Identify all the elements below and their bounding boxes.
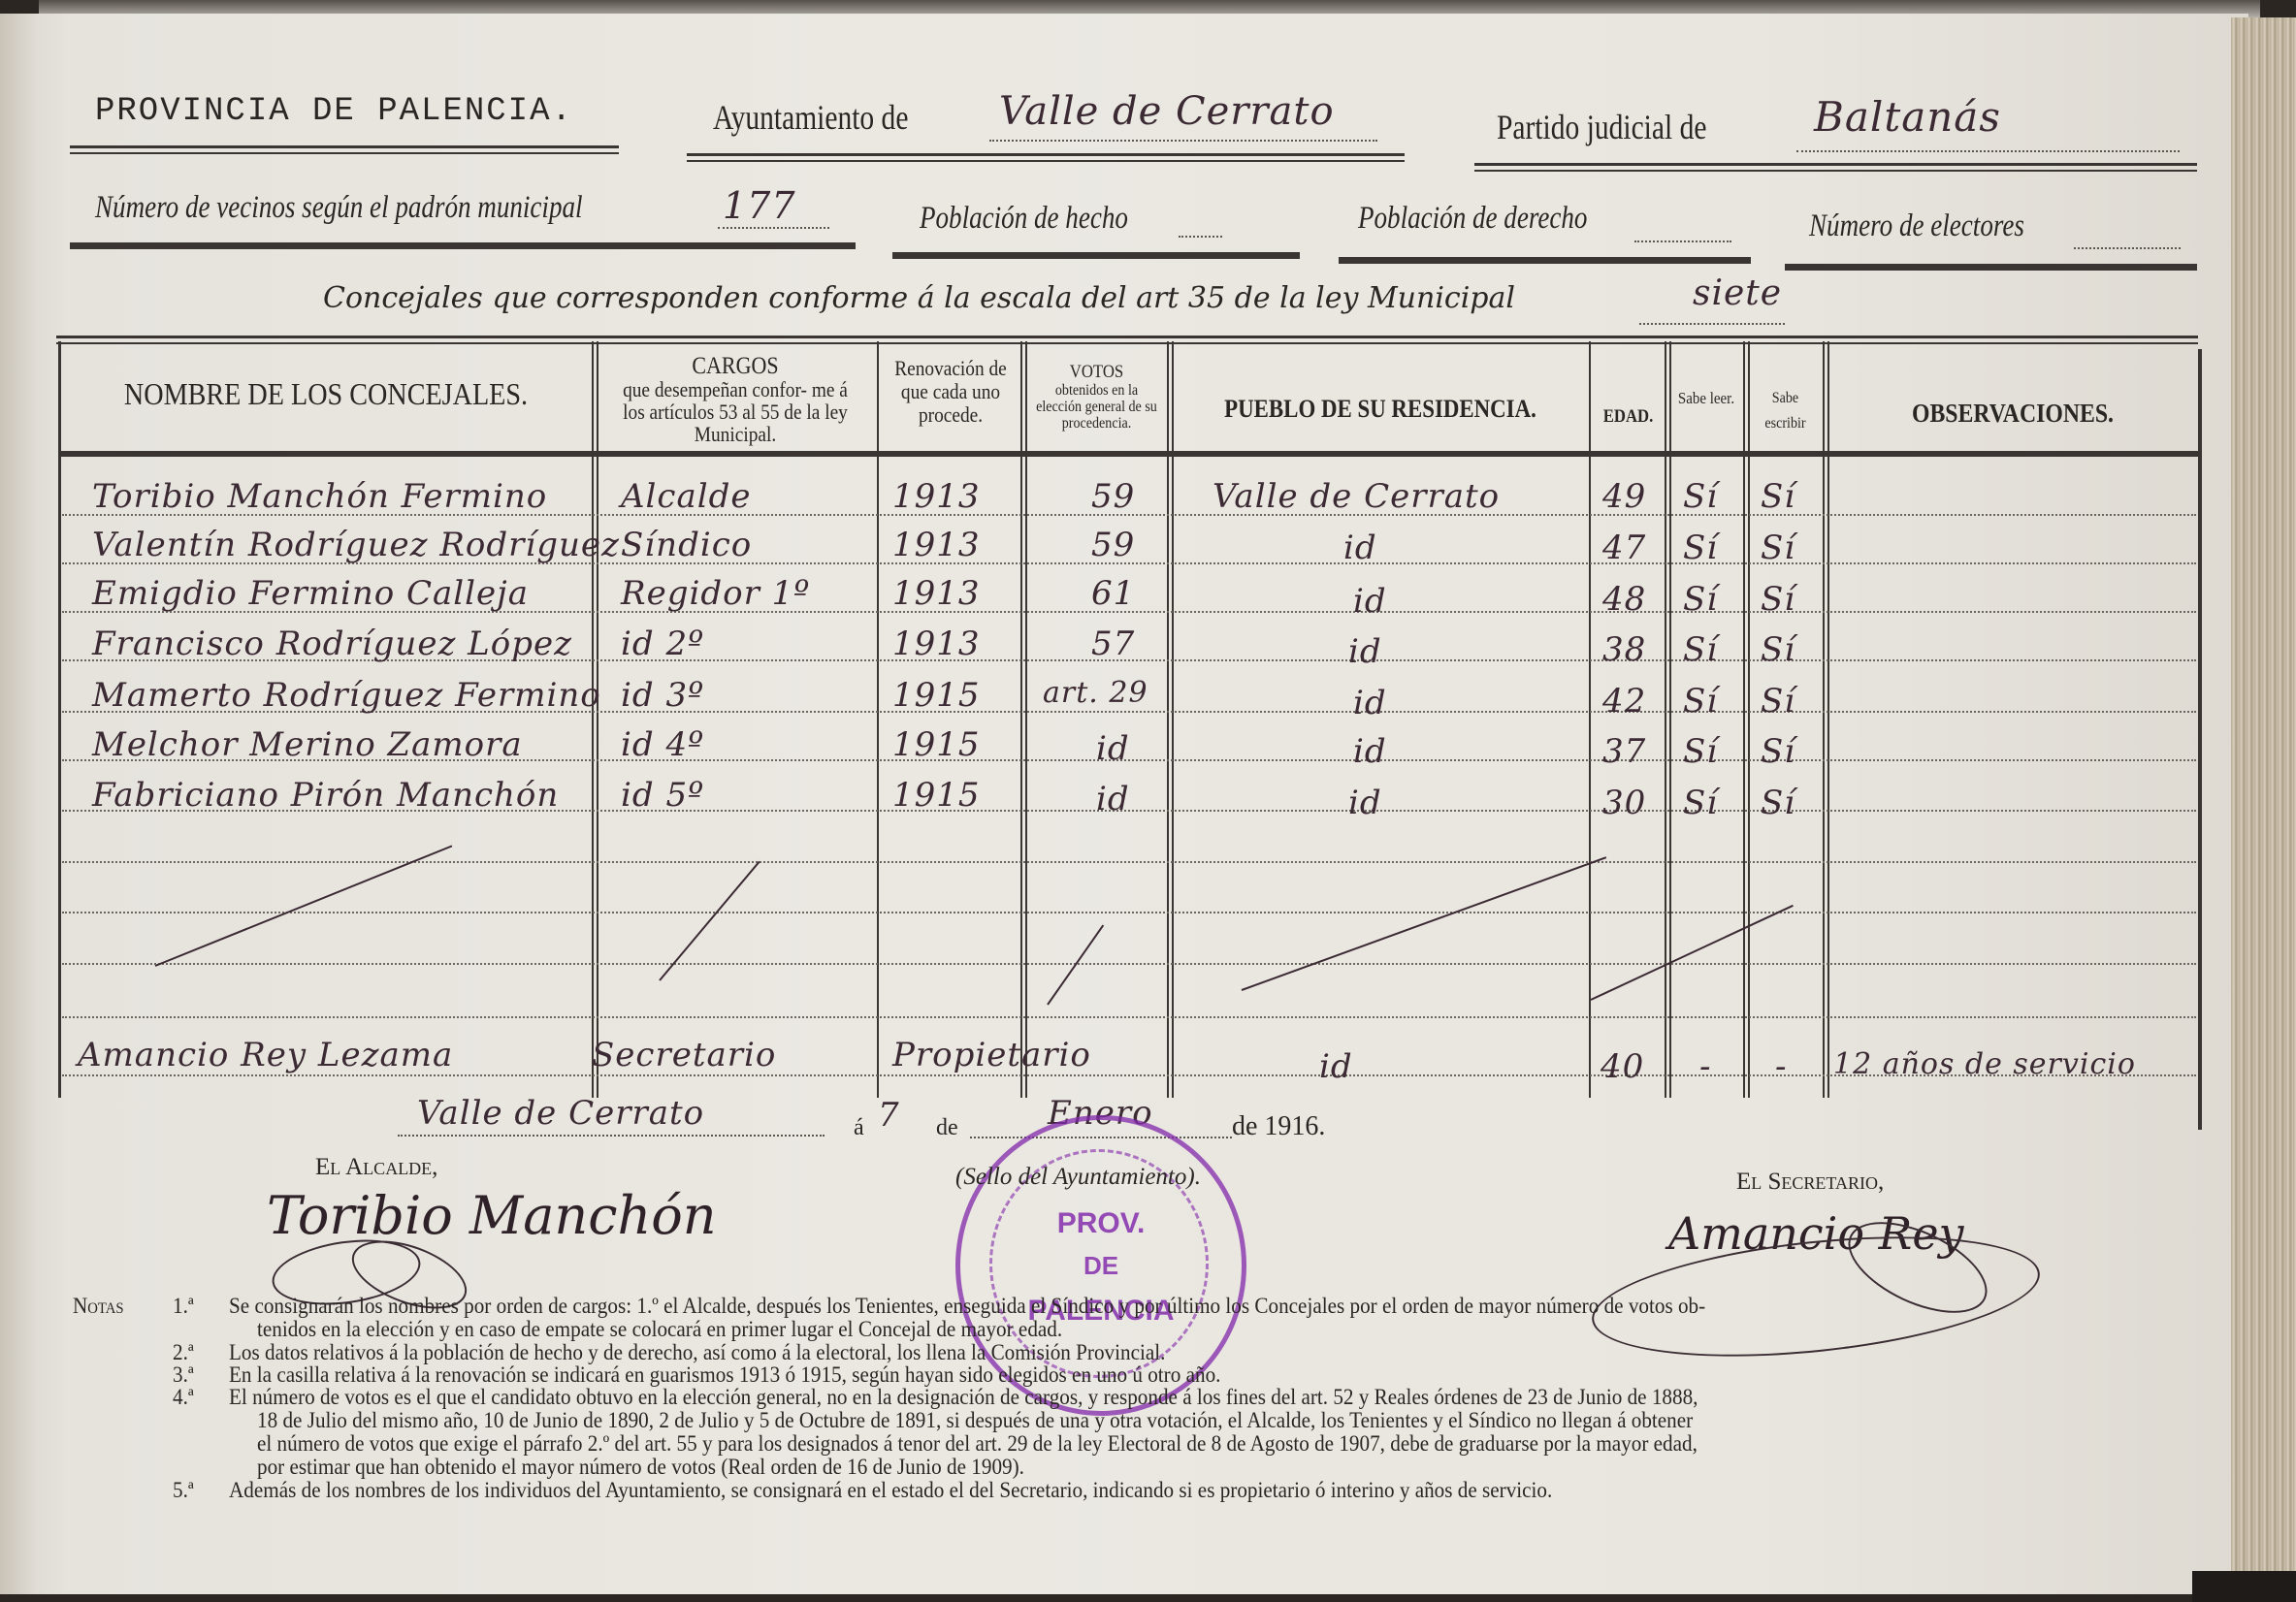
- header-rule: [687, 153, 1405, 162]
- cell-leer: Sí: [1683, 477, 1718, 516]
- book-page-edges: [2231, 17, 2296, 1602]
- cell-renovacion: 1913: [892, 477, 981, 516]
- page-gutter-shade: [0, 14, 39, 1594]
- secretario-label: El Secretario,: [1736, 1169, 1884, 1196]
- stamp-line1: PROV.: [960, 1207, 1242, 1240]
- stamp-line2: DE: [960, 1251, 1242, 1281]
- cell-escribir: Sí: [1761, 732, 1795, 771]
- cell-nombre: Francisco Rodríguez López: [92, 625, 572, 663]
- vecinos-value: 177: [723, 184, 796, 227]
- cell-nombre: Emigdio Fermino Calleja: [92, 574, 529, 613]
- poblacion-hecho-label: Población de hecho: [920, 201, 1128, 237]
- cell-votos: art. 29: [1043, 676, 1148, 710]
- ayuntamiento-dotted-line: [989, 140, 1377, 142]
- poblacion-derecho-label: Población de derecho: [1358, 201, 1587, 237]
- electores-field[interactable]: [2074, 247, 2181, 249]
- cell-leer: Sí: [1683, 630, 1718, 669]
- header-observaciones: OBSERVACIONES.: [1850, 402, 2176, 425]
- cell-edad: 49: [1602, 477, 1646, 516]
- cell-cargo: id 2º: [621, 625, 704, 663]
- alcalde-label: El Alcalde,: [315, 1154, 437, 1181]
- cell-votos: 59: [1091, 526, 1135, 564]
- cell-votos: 57: [1091, 625, 1135, 663]
- note-text: El número de votos es el que el candidat…: [229, 1385, 1698, 1410]
- cell-cargo: id 5º: [621, 776, 704, 815]
- cell-nombre: Valentín Rodríguez Rodríguez: [92, 526, 620, 564]
- cell-escribir: Sí: [1761, 529, 1795, 567]
- note-number: 5.ª: [173, 1478, 194, 1503]
- cell-cargo: Regidor 1º: [621, 574, 810, 613]
- cell-leer: Sí: [1683, 682, 1718, 721]
- cell-nombre: Toribio Manchón Fermino: [92, 477, 547, 516]
- cell-votos: 59: [1091, 477, 1135, 516]
- cell-pueblo: id: [1348, 784, 1382, 822]
- book-bottom-shadow: [2192, 1571, 2296, 1602]
- cell-edad: 30: [1602, 784, 1646, 822]
- header-votos-title: VOTOS: [1035, 361, 1159, 383]
- cell-pueblo: id: [1348, 632, 1382, 671]
- cell-pueblo: id: [1343, 529, 1377, 567]
- cell-cargo: id 3º: [621, 676, 704, 715]
- partido-dotted-line: [1796, 150, 2180, 152]
- header-cargos-sub: que desempeñan confor- me á los artículo…: [611, 378, 860, 445]
- cell-edad: 38: [1602, 630, 1646, 669]
- cell-renovacion: 1913: [892, 574, 981, 613]
- row-line: [62, 1016, 2196, 1018]
- header-votos-sub: obtenidos en la elección general de su p…: [1035, 382, 1159, 432]
- cell-cargo: Secretario: [592, 1036, 776, 1074]
- cell-renovacion: 1913: [892, 625, 981, 663]
- cell-observaciones: 12 años de servicio: [1833, 1047, 2136, 1081]
- header-rule-thick: [892, 252, 1300, 259]
- cell-pueblo: Valle de Cerrato: [1213, 477, 1500, 516]
- note-number: 4.ª: [173, 1385, 194, 1410]
- sello-label: (Sello del Ayuntamiento).: [955, 1164, 1201, 1191]
- cell-edad: 37: [1602, 732, 1646, 771]
- header-rule-thick: [1785, 264, 2197, 271]
- cell-escribir: -: [1775, 1047, 1788, 1086]
- note-text: Además de los nombres de los individuos …: [229, 1478, 1552, 1503]
- partido-value: Baltanás: [1814, 93, 2001, 141]
- header-sabe-leer: Sabe leer.: [1674, 386, 1739, 411]
- cell-pueblo: id: [1353, 732, 1387, 771]
- cell-nombre: Amancio Rey Lezama: [78, 1036, 453, 1074]
- note-text: 18 de Julio del mismo año, 10 de Junio d…: [257, 1408, 1693, 1433]
- table-top-rule: [56, 336, 2198, 344]
- cell-votos: 61: [1091, 574, 1135, 613]
- date-year: de 1916.: [1232, 1111, 1325, 1142]
- ayuntamiento-value: Valle de Cerrato: [999, 89, 1335, 134]
- province-title: PROVINCIA DE PALENCIA.: [95, 93, 573, 130]
- cell-nombre: Mamerto Rodríguez Fermino: [92, 676, 601, 715]
- concejales-label: Concejales que corresponden conforme á l…: [323, 281, 1515, 315]
- cell-cargo: Síndico: [621, 526, 752, 564]
- cell-escribir: Sí: [1761, 784, 1795, 822]
- poblacion-derecho-field[interactable]: [1634, 240, 1731, 242]
- header-nombre: NOMBRE DE LOS CONCEJALES.: [92, 378, 560, 409]
- header-sabe-escribir: Sabe escribir: [1753, 386, 1819, 436]
- date-place: Valle de Cerrato: [417, 1094, 704, 1133]
- date-place-line: [398, 1135, 825, 1137]
- note-text: el número de votos que exige el párrafo …: [257, 1431, 1698, 1457]
- table-right-border: [2198, 349, 2202, 1130]
- notes-label: Notas: [73, 1294, 124, 1319]
- concejales-value: siete: [1693, 273, 1782, 313]
- note-text: por estimar que han obtenido el mayor nú…: [257, 1455, 1024, 1480]
- row-line: [62, 861, 2196, 863]
- row-line: [62, 912, 2196, 913]
- date-day: 7: [878, 1096, 900, 1135]
- row-line: [62, 963, 2196, 965]
- note-text: tenidos en la elección y en caso de empa…: [257, 1317, 1062, 1342]
- cell-renovacion: 1913: [892, 526, 981, 564]
- cell-leer: -: [1699, 1047, 1712, 1086]
- electores-label: Número de electores: [1809, 208, 2024, 244]
- cell-renovacion: 1915: [892, 776, 981, 815]
- cell-edad: 47: [1602, 529, 1646, 567]
- cell-nombre: Melchor Merino Zamora: [92, 725, 523, 764]
- header-rule-thick: [1339, 257, 1751, 264]
- cell-renovacion: 1915: [892, 676, 981, 715]
- poblacion-hecho-field[interactable]: [1179, 236, 1222, 238]
- cell-cargo: Alcalde: [621, 477, 752, 516]
- header-rule: [70, 145, 619, 154]
- cell-leer: Sí: [1683, 529, 1718, 567]
- cell-leer: Sí: [1683, 732, 1718, 771]
- header-rule-thick: [70, 242, 856, 249]
- cell-escribir: Sí: [1761, 580, 1795, 619]
- header-renovacion: Renovación de que cada uno procede.: [888, 357, 1014, 427]
- concejales-dotted-line: [1639, 323, 1785, 325]
- cell-edad: 40: [1601, 1047, 1644, 1086]
- note-number: 1.ª: [173, 1294, 194, 1319]
- cell-edad: 42: [1602, 682, 1646, 721]
- alcalde-signature: Toribio Manchón: [267, 1185, 717, 1246]
- header-cargos-title: CARGOS: [611, 355, 860, 377]
- note-text: Se consignarán los nombres por orden de …: [229, 1294, 1705, 1319]
- ayuntamiento-label: Ayuntamiento de: [713, 97, 908, 138]
- cell-leer: Sí: [1683, 580, 1718, 619]
- cell-edad: 48: [1602, 580, 1646, 619]
- header-pueblo: PUEBLO DE SU RESIDENCIA.: [1197, 398, 1564, 420]
- cell-pueblo: id: [1353, 684, 1387, 722]
- header-edad: EDAD.: [1597, 405, 1661, 428]
- cell-cargo: id 4º: [621, 725, 704, 764]
- date-de: de: [936, 1115, 958, 1141]
- header-rule: [1474, 163, 2197, 172]
- cell-escribir: Sí: [1761, 682, 1795, 721]
- cell-pueblo: id: [1353, 582, 1387, 621]
- cell-escribir: Sí: [1761, 630, 1795, 669]
- date-a: á: [854, 1115, 864, 1141]
- cell-escribir: Sí: [1761, 477, 1795, 516]
- cell-votos: id: [1096, 780, 1130, 818]
- partido-label: Partido judicial de: [1497, 107, 1706, 147]
- cell-leer: Sí: [1683, 784, 1718, 822]
- vecinos-dotted-line: [718, 227, 829, 229]
- header-bottom-rule: [60, 451, 2198, 457]
- cell-nombre: Fabriciano Pirón Manchón: [92, 776, 559, 815]
- cell-pueblo: id: [1319, 1047, 1353, 1086]
- cell-votos: id: [1096, 729, 1130, 768]
- cell-renovacion: Propietario: [892, 1036, 1091, 1074]
- vecinos-label: Número de vecinos según el padrón munici…: [95, 190, 583, 226]
- cell-renovacion: 1915: [892, 725, 981, 764]
